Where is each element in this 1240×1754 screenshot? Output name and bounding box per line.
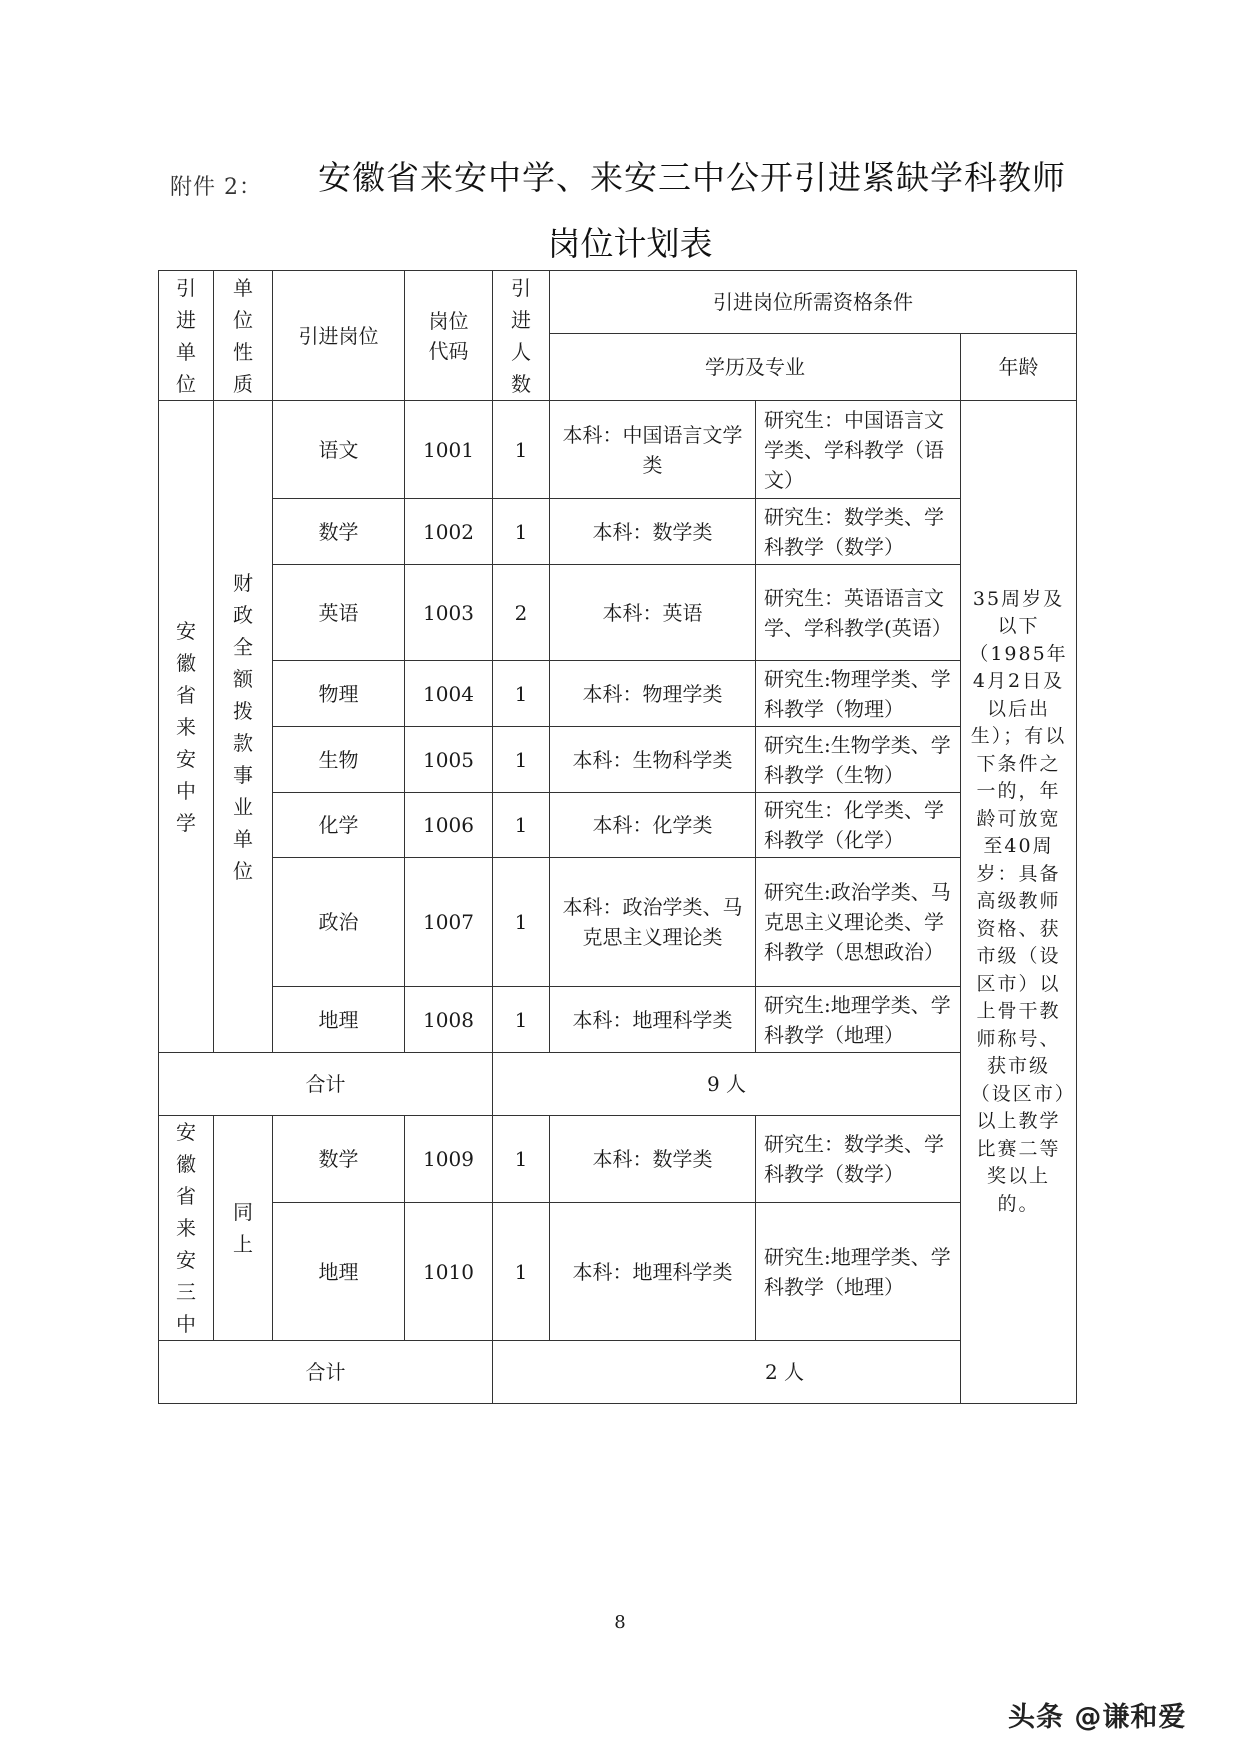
undergrad-cell: 本科：政治学类、马克思主义理论类 <box>550 858 756 987</box>
code-cell: 1002 <box>405 499 493 565</box>
header-position-code: 岗位代码 <box>405 271 493 401</box>
undergrad-cell: 本科：生物科学类 <box>550 727 756 793</box>
watermark: 头条 @谦和爱 <box>1008 1695 1186 1734</box>
page-number: 8 <box>0 1612 1240 1633</box>
total-value: 2 人 <box>493 1341 1077 1404</box>
undergrad-cell: 本科：数学类 <box>550 1116 756 1203</box>
total-label: 合计 <box>159 1053 493 1116</box>
position-cell: 物理 <box>273 661 405 727</box>
undergrad-cell: 本科：数学类 <box>550 499 756 565</box>
position-plan-table: 引进单位 单位性质 引进岗位 岗位代码 引进人数 引进岗位所需资格条件 学历及专… <box>158 270 1077 1404</box>
code-cell: 1006 <box>405 793 493 858</box>
code-cell: 1009 <box>405 1116 493 1203</box>
header-age: 年龄 <box>961 334 1077 401</box>
total-label: 合计 <box>159 1341 493 1404</box>
unit-nature-cell: 财政全额拨款事业单位 <box>214 401 273 1053</box>
position-cell: 英语 <box>273 565 405 661</box>
header-unit: 引进单位 <box>159 271 214 401</box>
position-cell: 生物 <box>273 727 405 793</box>
header-education-major: 学历及专业 <box>550 334 961 401</box>
code-cell: 1004 <box>405 661 493 727</box>
undergrad-cell: 本科：中国语言文学类 <box>550 401 756 499</box>
grad-cell: 研究生:地理学类、学科教学（地理） <box>756 987 961 1053</box>
position-cell: 数学 <box>273 499 405 565</box>
header-code-text: 岗位代码 <box>409 306 488 366</box>
document-title-line1: 安徽省来安中学、来安三中公开引进紧缺学科教师 <box>318 152 1066 199</box>
position-cell: 数学 <box>273 1116 405 1203</box>
position-cell: 地理 <box>273 987 405 1053</box>
code-cell: 1008 <box>405 987 493 1053</box>
grad-cell: 研究生：化学类、学科教学（化学） <box>756 793 961 858</box>
position-cell: 化学 <box>273 793 405 858</box>
position-cell: 地理 <box>273 1203 405 1341</box>
undergrad-cell: 本科：物理学类 <box>550 661 756 727</box>
grad-cell: 研究生:政治学类、马克思主义理论类、学科教学（思想政治） <box>756 858 961 987</box>
code-cell: 1007 <box>405 858 493 987</box>
document-title-line2: 岗位计划表 <box>0 218 1240 265</box>
undergrad-cell: 本科：地理科学类 <box>550 987 756 1053</box>
unit-nature-cell: 同上 <box>214 1116 273 1341</box>
header-count: 引进人数 <box>493 271 550 401</box>
grad-cell: 研究生：数学类、学科教学（数学） <box>756 1116 961 1203</box>
grad-cell: 研究生：英语语言文学、学科教学(英语） <box>756 565 961 661</box>
grad-cell: 研究生:生物学类、学科教学（生物） <box>756 727 961 793</box>
count-cell: 1 <box>493 987 550 1053</box>
age-requirement-cell: 35周岁及以下（1985年4月2日及以后出生）；有以下条件之一的，年龄可放宽至4… <box>961 401 1077 1404</box>
count-cell: 1 <box>493 793 550 858</box>
code-cell: 1010 <box>405 1203 493 1341</box>
header-qualifications: 引进岗位所需资格条件 <box>550 271 1077 334</box>
count-cell: 1 <box>493 1116 550 1203</box>
undergrad-cell: 本科：英语 <box>550 565 756 661</box>
position-cell: 政治 <box>273 858 405 987</box>
grad-cell: 研究生：中国语言文学类、学科教学（语文） <box>756 401 961 499</box>
count-cell: 1 <box>493 858 550 987</box>
attachment-label: 附件 2： <box>170 170 262 201</box>
position-cell: 语文 <box>273 401 405 499</box>
header-position: 引进岗位 <box>273 271 405 401</box>
count-cell: 2 <box>493 565 550 661</box>
unit-cell: 安徽省来安三中 <box>159 1116 214 1341</box>
grad-cell: 研究生:地理学类、学科教学（地理） <box>756 1203 961 1341</box>
total-value: 9 人 <box>493 1053 961 1116</box>
undergrad-cell: 本科：地理科学类 <box>550 1203 756 1341</box>
count-cell: 1 <box>493 1203 550 1341</box>
code-cell: 1001 <box>405 401 493 499</box>
grad-cell: 研究生:物理学类、学科教学（物理） <box>756 661 961 727</box>
grad-cell: 研究生：数学类、学科教学（数学） <box>756 499 961 565</box>
count-cell: 1 <box>493 401 550 499</box>
undergrad-cell: 本科：化学类 <box>550 793 756 858</box>
code-cell: 1005 <box>405 727 493 793</box>
unit-cell: 安徽省来安中学 <box>159 401 214 1053</box>
header-unit-nature: 单位性质 <box>214 271 273 401</box>
count-cell: 1 <box>493 727 550 793</box>
code-cell: 1003 <box>405 565 493 661</box>
count-cell: 1 <box>493 661 550 727</box>
count-cell: 1 <box>493 499 550 565</box>
